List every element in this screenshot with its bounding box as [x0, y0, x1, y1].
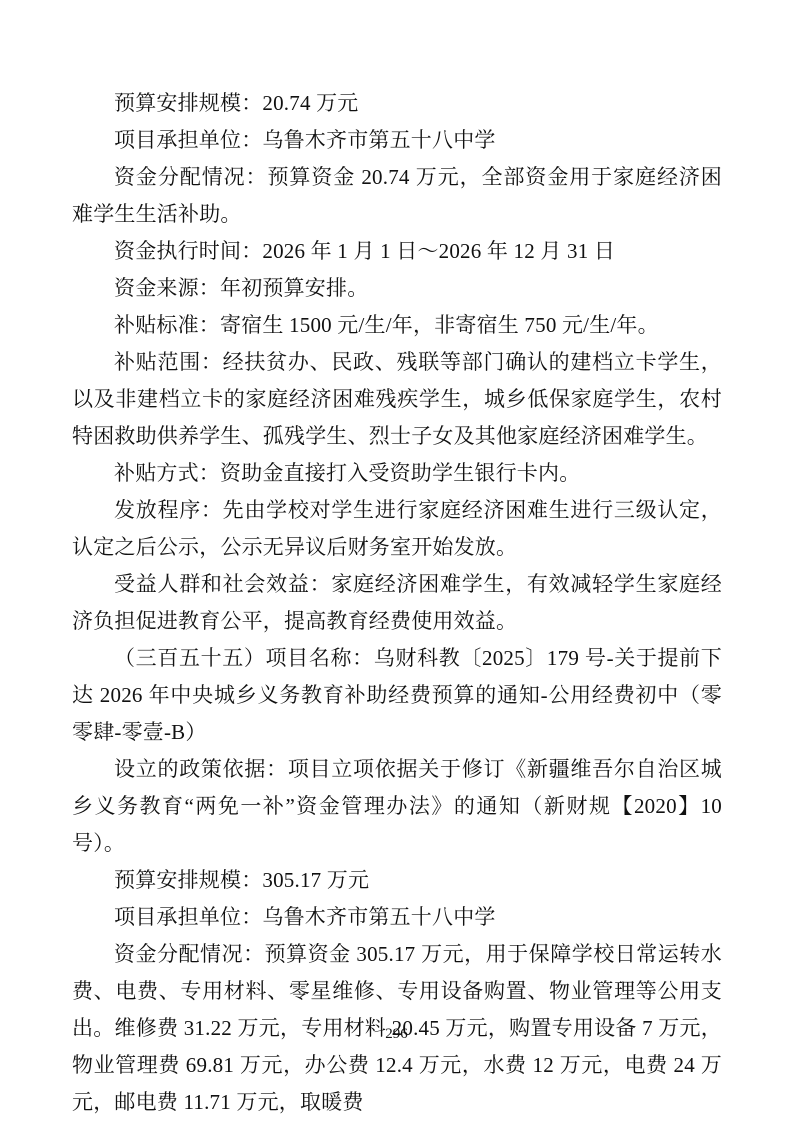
paragraph: （三百五十五）项目名称：乌财科教〔2025〕179 号-关于提前下达 2026 … — [72, 640, 722, 751]
paragraph: 发放程序：先由学校对学生进行家庭经济困难生进行三级认定，认定之后公示，公示无异议… — [72, 492, 722, 566]
page-number: 296 — [0, 1026, 793, 1043]
paragraph: 资金执行时间：2026 年 1 月 1 日～2026 年 12 月 31 日 — [72, 233, 722, 270]
paragraph: 资金来源：年初预算安排。 — [72, 270, 722, 307]
document-body: 预算安排规模：20.74 万元 项目承担单位：乌鲁木齐市第五十八中学 资金分配情… — [72, 85, 722, 1121]
paragraph: 资金分配情况：预算资金 20.74 万元，全部资金用于家庭经济困难学生生活补助。 — [72, 159, 722, 233]
paragraph: 预算安排规模：20.74 万元 — [72, 85, 722, 122]
document-page: 预算安排规模：20.74 万元 项目承担单位：乌鲁木齐市第五十八中学 资金分配情… — [0, 0, 793, 1122]
paragraph: 受益人群和社会效益：家庭经济困难学生，有效减轻学生家庭经济负担促进教育公平，提高… — [72, 566, 722, 640]
paragraph: 补贴方式：资助金直接打入受资助学生银行卡内。 — [72, 455, 722, 492]
paragraph: 预算安排规模：305.17 万元 — [72, 862, 722, 899]
paragraph: 项目承担单位：乌鲁木齐市第五十八中学 — [72, 122, 722, 159]
paragraph: 补贴标准：寄宿生 1500 元/生/年，非寄宿生 750 元/生/年。 — [72, 307, 722, 344]
paragraph: 补贴范围：经扶贫办、民政、残联等部门确认的建档立卡学生，以及非建档立卡的家庭经济… — [72, 344, 722, 455]
paragraph: 设立的政策依据：项目立项依据关于修订《新疆维吾尔自治区城乡义务教育“两免一补”资… — [72, 751, 722, 862]
paragraph: 项目承担单位：乌鲁木齐市第五十八中学 — [72, 899, 722, 936]
